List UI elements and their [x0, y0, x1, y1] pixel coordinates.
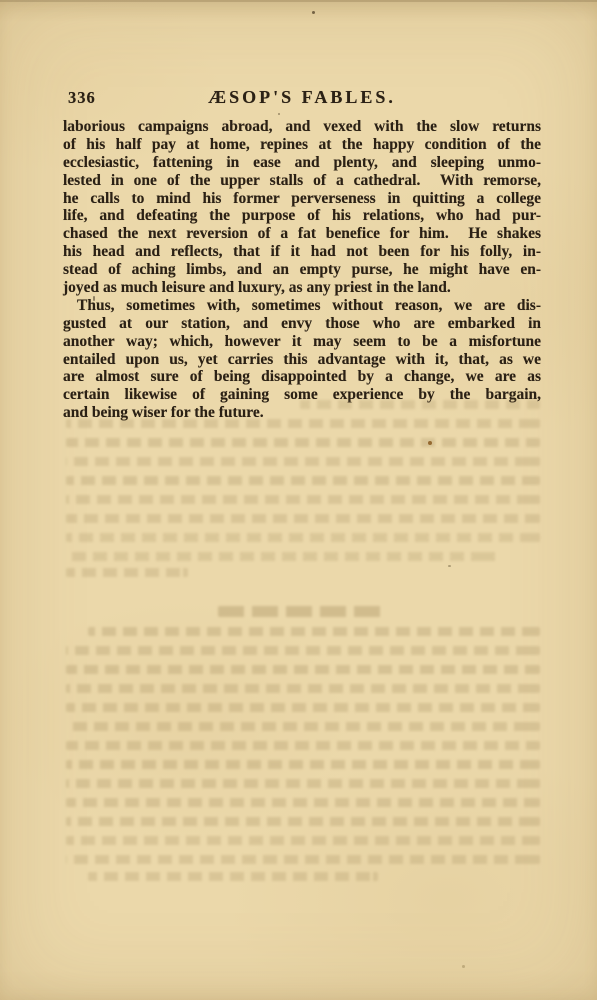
text-line: entailed upon us, yet carries this advan… — [63, 351, 541, 369]
paper-speck — [448, 565, 451, 567]
showthrough-line — [66, 568, 188, 577]
text-line: ecclesiastic, fattening in ease and plen… — [63, 154, 541, 172]
text-line: his head and reflects, that if it had no… — [63, 243, 541, 261]
showthrough-line — [66, 684, 540, 693]
page-title: ÆSOP'S FABLES. — [63, 87, 541, 108]
paper-speck — [278, 113, 280, 115]
text-line: joyed as much leisure and luxury, as any… — [63, 279, 541, 297]
showthrough-line — [66, 722, 540, 731]
showthrough-line — [88, 872, 378, 881]
showthrough-line — [66, 779, 540, 788]
showthrough-line — [66, 741, 540, 750]
text-line: and being wiser for the future. — [63, 404, 541, 422]
showthrough-line — [66, 760, 540, 769]
text-line: another way; which, however it may seem … — [63, 333, 541, 351]
showthrough-line — [66, 817, 540, 826]
showthrough-line — [66, 836, 540, 845]
body-text: laborious campaigns abroad, and vexed wi… — [63, 118, 541, 422]
showthrough-line — [66, 457, 540, 466]
book-page: 336 ÆSOP'S FABLES. laborious campaigns a… — [0, 0, 597, 1000]
text-line: he calls to mind his former perverseness… — [63, 190, 541, 208]
paper-speck — [312, 11, 315, 14]
showthrough-line — [66, 798, 540, 807]
text-line: stead of aching limbs, and an empty purs… — [63, 261, 541, 279]
text-line: certain likewise of gaining some experie… — [63, 386, 541, 404]
paper-speck — [462, 965, 465, 968]
showthrough-line — [66, 855, 540, 864]
paragraph: Thus, sometimes with, sometimes without … — [63, 297, 541, 422]
text-line: gusted at our station, and envy those wh… — [63, 315, 541, 333]
text-line: life, and defeating the purpose of his r… — [63, 207, 541, 225]
paragraph: laborious campaigns abroad, and vexed wi… — [63, 118, 541, 297]
text-line: lested in one of the upper stalls of a c… — [63, 172, 541, 190]
showthrough-line — [66, 646, 540, 655]
text-line: Thus, sometimes with, sometimes without … — [63, 297, 541, 315]
text-line: chased the next reversion of a fat benef… — [63, 225, 541, 243]
showthrough-line — [66, 495, 540, 504]
showthrough-line — [66, 703, 540, 712]
showthrough-line — [66, 476, 540, 485]
text-line: of his half pay at home, repines at the … — [63, 136, 541, 154]
showthrough-line — [66, 665, 540, 674]
showthrough-line — [66, 552, 496, 561]
paper-speck — [428, 441, 432, 445]
showthrough-line — [66, 514, 540, 523]
showthrough-heading — [218, 606, 386, 617]
showthrough-line — [66, 533, 540, 542]
text-line: are almost sure of being disappointed by… — [63, 368, 541, 386]
text-line: laborious campaigns abroad, and vexed wi… — [63, 118, 541, 136]
running-header: 336 ÆSOP'S FABLES. — [63, 87, 541, 109]
showthrough-line — [66, 438, 540, 447]
showthrough-line — [88, 627, 540, 636]
page-number: 336 — [68, 88, 96, 108]
